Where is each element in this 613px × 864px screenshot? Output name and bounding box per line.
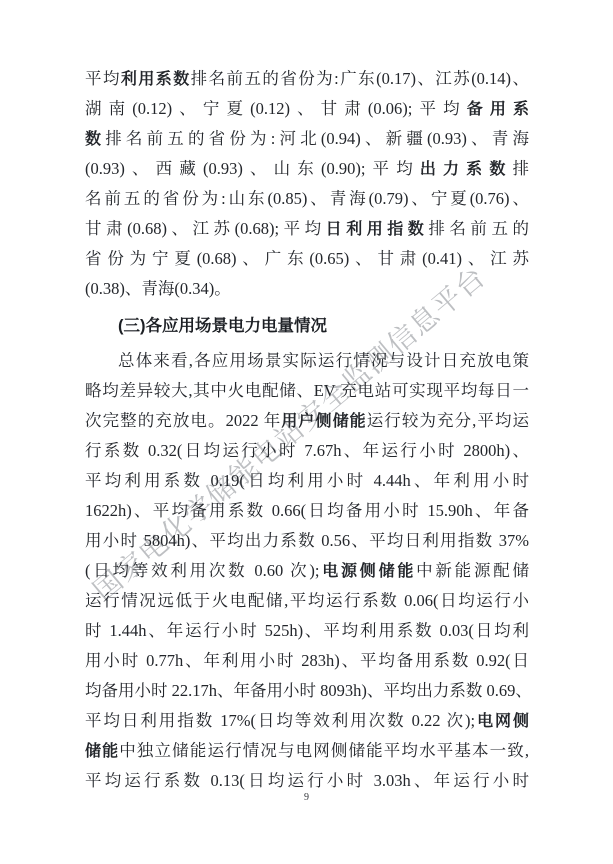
text-line: 平均日利用指数 17%(日均等效利用次数 0.22 次);电网侧 [85,706,529,736]
text-run: 略均差异较大,其中火电配储、EV 充电站可实现平均每日一 [85,381,529,400]
text-line: 平均利用系数排名前五的省份为:广东(0.17)、江苏(0.14)、 [85,64,529,94]
bold-term: 出力系数 [420,161,513,178]
text-line: 运行情况远低于火电配储,平均运行系数 0.06(日均运行小 [85,586,529,616]
bold-term: 日利用指数 [326,221,429,238]
bold-term: 数 [85,131,105,148]
document-page: 国家电化学储能电站安全监测信息平台 平均利用系数排名前五的省份为:广东(0.17… [0,0,613,864]
text-line: (0.93)、西藏(0.93)、山东(0.90);平均出力系数排 [85,154,529,184]
text-line: 省份为宁夏(0.68)、广东(0.65)、甘肃(0.41)、江苏 [85,244,529,274]
text-line: 用小时 5804h)、平均出力系数 0.56、平均日利用指数 37% [85,526,529,556]
text-line: 数排名前五的省份为:河北(0.94)、新疆(0.93)、青海 [85,124,529,154]
text-run: 名前五的省份为:山东(0.85)、青海(0.79)、宁夏(0.76)、 [85,189,529,208]
text-run: 平均运行系数 0.13(日均运行小时 3.03h、年运行小时 [85,771,529,790]
text-run: 排 [513,159,530,178]
text-line: 甘肃(0.68)、江苏(0.68);平均日利用指数排名前五的 [85,214,529,244]
text-line: 名前五的省份为:山东(0.85)、青海(0.79)、宁夏(0.76)、 [85,184,529,214]
bold-term: 电网侧 [475,713,529,730]
text-run: 中独立储能运行情况与电网侧储能平均水平基本一致, [119,741,529,760]
text-line: (日均等效利用次数 0.60 次);电源侧储能中新能源配储 [85,556,529,586]
text-line: 均备用小时 22.17h、年备用小时 8093h)、平均出力系数 0.69、 [85,676,529,706]
text-run: 时 1.44h、年运行小时 525h)、平均利用系数 0.03(日均利 [85,621,529,640]
text-line: 时 1.44h、年运行小时 525h)、平均利用系数 0.03(日均利 [85,616,529,646]
text-line: 行系数 0.32(日均运行小时 7.67h、年运行小时 2800h)、 [85,436,529,466]
page-number: 9 [0,792,613,803]
bold-term: 电源侧储能 [319,563,416,580]
text-run: 均备用小时 22.17h、年备用小时 8093h)、平均出力系数 0.69、 [85,681,532,700]
text-line: 1622h)、平均备用系数 0.66(日均备用小时 15.90h、年备 [85,496,529,526]
text-run: (日均等效利用次数 0.60 次); [85,561,319,580]
paragraph-application-scenarios: 总体来看,各应用场景实际运行情况与设计日充放电策略均差异较大,其中火电配储、EV… [85,346,529,796]
text-run: 省份为宁夏(0.68)、广东(0.65)、甘肃(0.41)、江苏 [85,249,529,268]
text-line: (0.38)、青海(0.34)。 [85,274,529,304]
text-run: 排名前五的省份为:广东(0.17)、江苏(0.14)、 [191,69,529,88]
text-run: (0.93)、西藏(0.93)、山东(0.90);平均 [85,159,420,178]
bold-term: 用户侧储能 [281,413,366,430]
text-run: 湖南(0.12)、宁夏(0.12)、甘肃(0.06);平均 [85,99,467,118]
text-line: 储能中独立储能运行情况与电网侧储能平均水平基本一致, [85,736,529,766]
text-run: 运行情况远低于火电配储,平均运行系数 0.06(日均运行小 [85,591,529,610]
text-run: 平均 [85,69,121,88]
text-run: 排名前五的 [428,219,529,238]
page-content: 平均利用系数排名前五的省份为:广东(0.17)、江苏(0.14)、湖南(0.12… [85,64,529,796]
text-run: 甘肃(0.68)、江苏(0.68);平均 [85,219,326,238]
section-heading: (三)各应用场景电力电量情况 [85,310,529,342]
text-run: 用小时 5804h)、平均出力系数 0.56、平均日利用指数 37% [85,531,529,550]
text-line: 用小时 0.77h、年利用小时 283h)、平均备用系数 0.92(日 [85,646,529,676]
text-run: 平均利用系数 0.19(日均利用小时 4.44h、年利用小时 [85,471,529,490]
text-run: 用小时 0.77h、年利用小时 283h)、平均备用系数 0.92(日 [85,651,529,670]
text-line: 总体来看,各应用场景实际运行情况与设计日充放电策 [85,346,529,376]
text-run: 总体来看,各应用场景实际运行情况与设计日充放电策 [118,351,529,370]
bold-term: 利用系数 [121,71,191,88]
text-line: 湖南(0.12)、宁夏(0.12)、甘肃(0.06);平均备用系 [85,94,529,124]
paragraph-coefficient-rankings: 平均利用系数排名前五的省份为:广东(0.17)、江苏(0.14)、湖南(0.12… [85,64,529,304]
text-run: 运行较为充分,平均运 [367,411,529,430]
text-line: 平均利用系数 0.19(日均利用小时 4.44h、年利用小时 [85,466,529,496]
bold-term: 备用系 [467,101,529,118]
text-run: 次完整的充放电。2022 年 [85,411,281,430]
text-run: (0.38)、青海(0.34)。 [85,279,231,298]
text-run: 1622h)、平均备用系数 0.66(日均备用小时 15.90h、年备 [85,501,529,520]
text-line: 略均差异较大,其中火电配储、EV 充电站可实现平均每日一 [85,376,529,406]
text-line: 次完整的充放电。2022 年用户侧储能运行较为充分,平均运 [85,406,529,436]
text-run: 中新能源配储 [416,561,529,580]
text-run: 平均日利用指数 17%(日均等效利用次数 0.22 次); [85,711,475,730]
text-run: 行系数 0.32(日均运行小时 7.67h、年运行小时 2800h)、 [85,441,529,460]
text-run: 排名前五的省份为:河北(0.94)、新疆(0.93)、青海 [105,129,529,148]
bold-term: 储能 [85,743,119,760]
